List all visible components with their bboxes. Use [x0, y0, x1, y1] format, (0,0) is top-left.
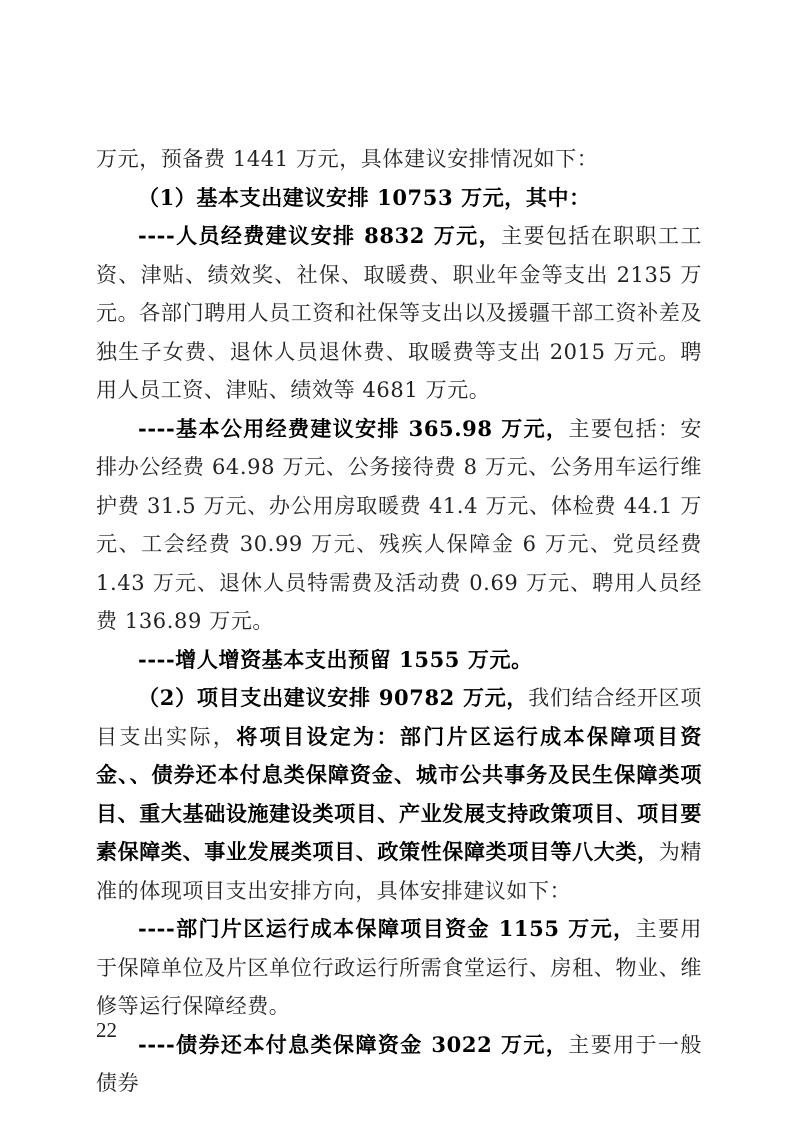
text-segment-bold: （1）基本支出建议安排 10753 万元，其中：: [138, 185, 591, 210]
text-segment-bold: ----基本公用经费建议安排 365.98 万元，: [138, 416, 568, 441]
paragraph-personnel-expenses: ----人员经费建议安排 8832 万元，主要包括在职职工工资、津贴、绩效奖、社…: [96, 217, 702, 410]
paragraph-operating-costs: ----部门片区运行成本保障项目资金 1155 万元，主要用于保障单位及片区单位…: [96, 910, 702, 1026]
paragraph-debt-service: ----债券还本付息类保障资金 3022 万元，主要用于一般债券: [96, 1026, 702, 1103]
paragraph-budget-intro: 万元，预备费 1441 万元，具体建议安排情况如下：: [96, 140, 702, 179]
text-segment: 主要包括：安排办公经费 64.98 万元、公务接待费 8 万元、公务用车运行维护…: [96, 417, 702, 634]
page-number: 22: [96, 1018, 117, 1043]
document-body: 万元，预备费 1441 万元，具体建议安排情况如下： （1）基本支出建议安排 1…: [96, 140, 702, 1103]
heading-basic-expenditure: （1）基本支出建议安排 10753 万元，其中：: [96, 179, 702, 218]
text-segment-bold: ----部门片区运行成本保障项目资金 1155 万元，: [138, 916, 636, 941]
text-segment-bold: ----人员经费建议安排 8832 万元，: [138, 223, 501, 248]
text-segment: 主要包括在职职工工资、津贴、绩效奖、社保、取暖费、职业年金等支出 2135 万元…: [96, 224, 702, 402]
text-segment-bold: ----债券还本付息类保障资金 3022 万元，: [138, 1032, 568, 1057]
text-segment-bold: （2）项目支出建议安排 90782 万元，: [138, 685, 528, 710]
text-segment: 万元，预备费 1441 万元，具体建议安排情况如下：: [96, 147, 598, 171]
paragraph-reserve: ----增人增资基本支出预留 1555 万元。: [96, 641, 702, 680]
text-segment-bold: ----增人增资基本支出预留 1555 万元。: [138, 647, 533, 672]
paragraph-public-expenses: ----基本公用经费建议安排 365.98 万元，主要包括：安排办公经费 64.…: [96, 410, 702, 641]
paragraph-project-expenditure: （2）项目支出建议安排 90782 万元，我们结合经开区项目支出实际，将项目设定…: [96, 679, 702, 910]
